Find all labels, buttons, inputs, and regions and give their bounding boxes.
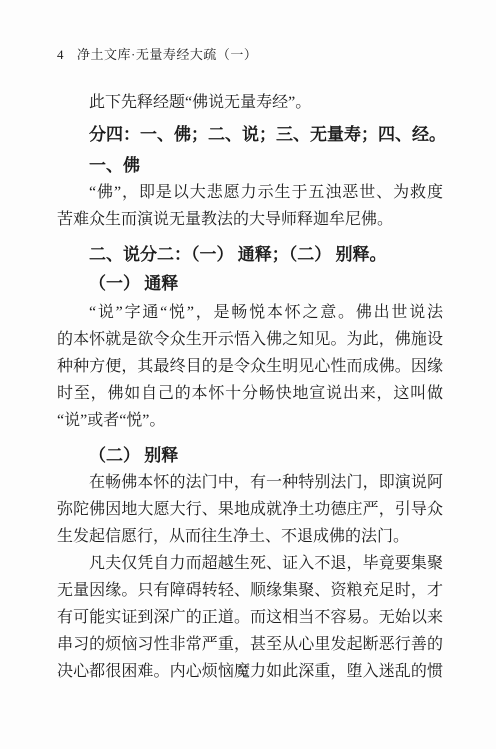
text-line: 在畅佛本怀的法门中，有一种特别法门，即演说阿 [57, 469, 443, 496]
running-header: 4 净土文库·无量寿经大疏（一） [57, 47, 257, 63]
text-line: 此下先释经题“佛说无量寿经”。 [57, 89, 443, 116]
page-number: 4 [57, 47, 64, 63]
section2-sub1-heading: （一） 通释 [57, 270, 443, 297]
book-page: 4 净土文库·无量寿经大疏（一） 此下先释经题“佛说无量寿经”。 分四：一、佛；… [0, 0, 496, 749]
text-line: 时至，佛如自己的本怀十分畅快地宣说出来，这叫做 [57, 380, 443, 407]
text-line: “说”字通“悦”，是畅悦本怀之意。佛出世说法 [57, 299, 443, 326]
outline-heading: 分四：一、佛；二、说；三、无量寿；四、经。 [57, 121, 443, 148]
section2-sub1-paragraph: “说”字通“悦”，是畅悦本怀之意。佛出世说法 的本怀就是欲令众生开示悟入佛之知见… [57, 299, 443, 434]
text-line: 的本怀就是欲令众生开示悟入佛之知见。为此，佛施设 [57, 326, 443, 353]
text-line: 有可能实证到深广的正道。而这相当不容易。无始以来 [57, 604, 443, 631]
text-line: 弥陀佛因地大愿大行、果地成就净土功德庄严，引导众 [57, 496, 443, 523]
section2-sub2-paragraph-1: 在畅佛本怀的法门中，有一种特别法门，即演说阿 弥陀佛因地大愿大行、果地成就净土功… [57, 469, 443, 550]
text-line: “佛”，即是以大悲愿力示生于五浊恶世、为救度 [57, 179, 443, 206]
text-line: 种种方便，其最终目的是令众生明见心性而成佛。因缘 [57, 353, 443, 380]
section2-sub2-heading: （二） 别释 [57, 442, 443, 469]
text-line: 生发起信愿行，从而往生净土、不退成佛的法门。 [57, 523, 443, 550]
text-line: “说”或者“悦”。 [57, 407, 443, 434]
section1-heading: 一、佛 [57, 152, 443, 179]
book-title: 净土文库·无量寿经大疏（一） [77, 47, 257, 63]
section2-sub2-paragraph-2: 凡夫仅凭自力而超越生死、证入不退，毕竟要集聚 无量因缘。只有障碍转轻、顺缘集聚、… [57, 550, 443, 685]
section1-paragraph: “佛”，即是以大悲愿力示生于五浊恶世、为救度 苦难众生而演说无量教法的大导师释迦… [57, 179, 443, 233]
text-line: 凡夫仅凭自力而超越生死、证入不退，毕竟要集聚 [57, 550, 443, 577]
text-line: 无量因缘。只有障碍转轻、顺缘集聚、资粮充足时，才 [57, 577, 443, 604]
page-body: 此下先释经题“佛说无量寿经”。 分四：一、佛；二、说；三、无量寿；四、经。 一、… [57, 89, 443, 685]
text-line: 决心都很困难。内心烦恼魔力如此深重，堕入迷乱的惯 [57, 658, 443, 685]
intro-paragraph: 此下先释经题“佛说无量寿经”。 [57, 89, 443, 116]
text-line: 串习的烦恼习性非常严重，甚至从心里发起断恶行善的 [57, 631, 443, 658]
text-line: 苦难众生而演说无量教法的大导师释迦牟尼佛。 [57, 206, 443, 233]
section2-heading: 二、说分二：（一） 通释；（二） 别释。 [57, 241, 443, 268]
